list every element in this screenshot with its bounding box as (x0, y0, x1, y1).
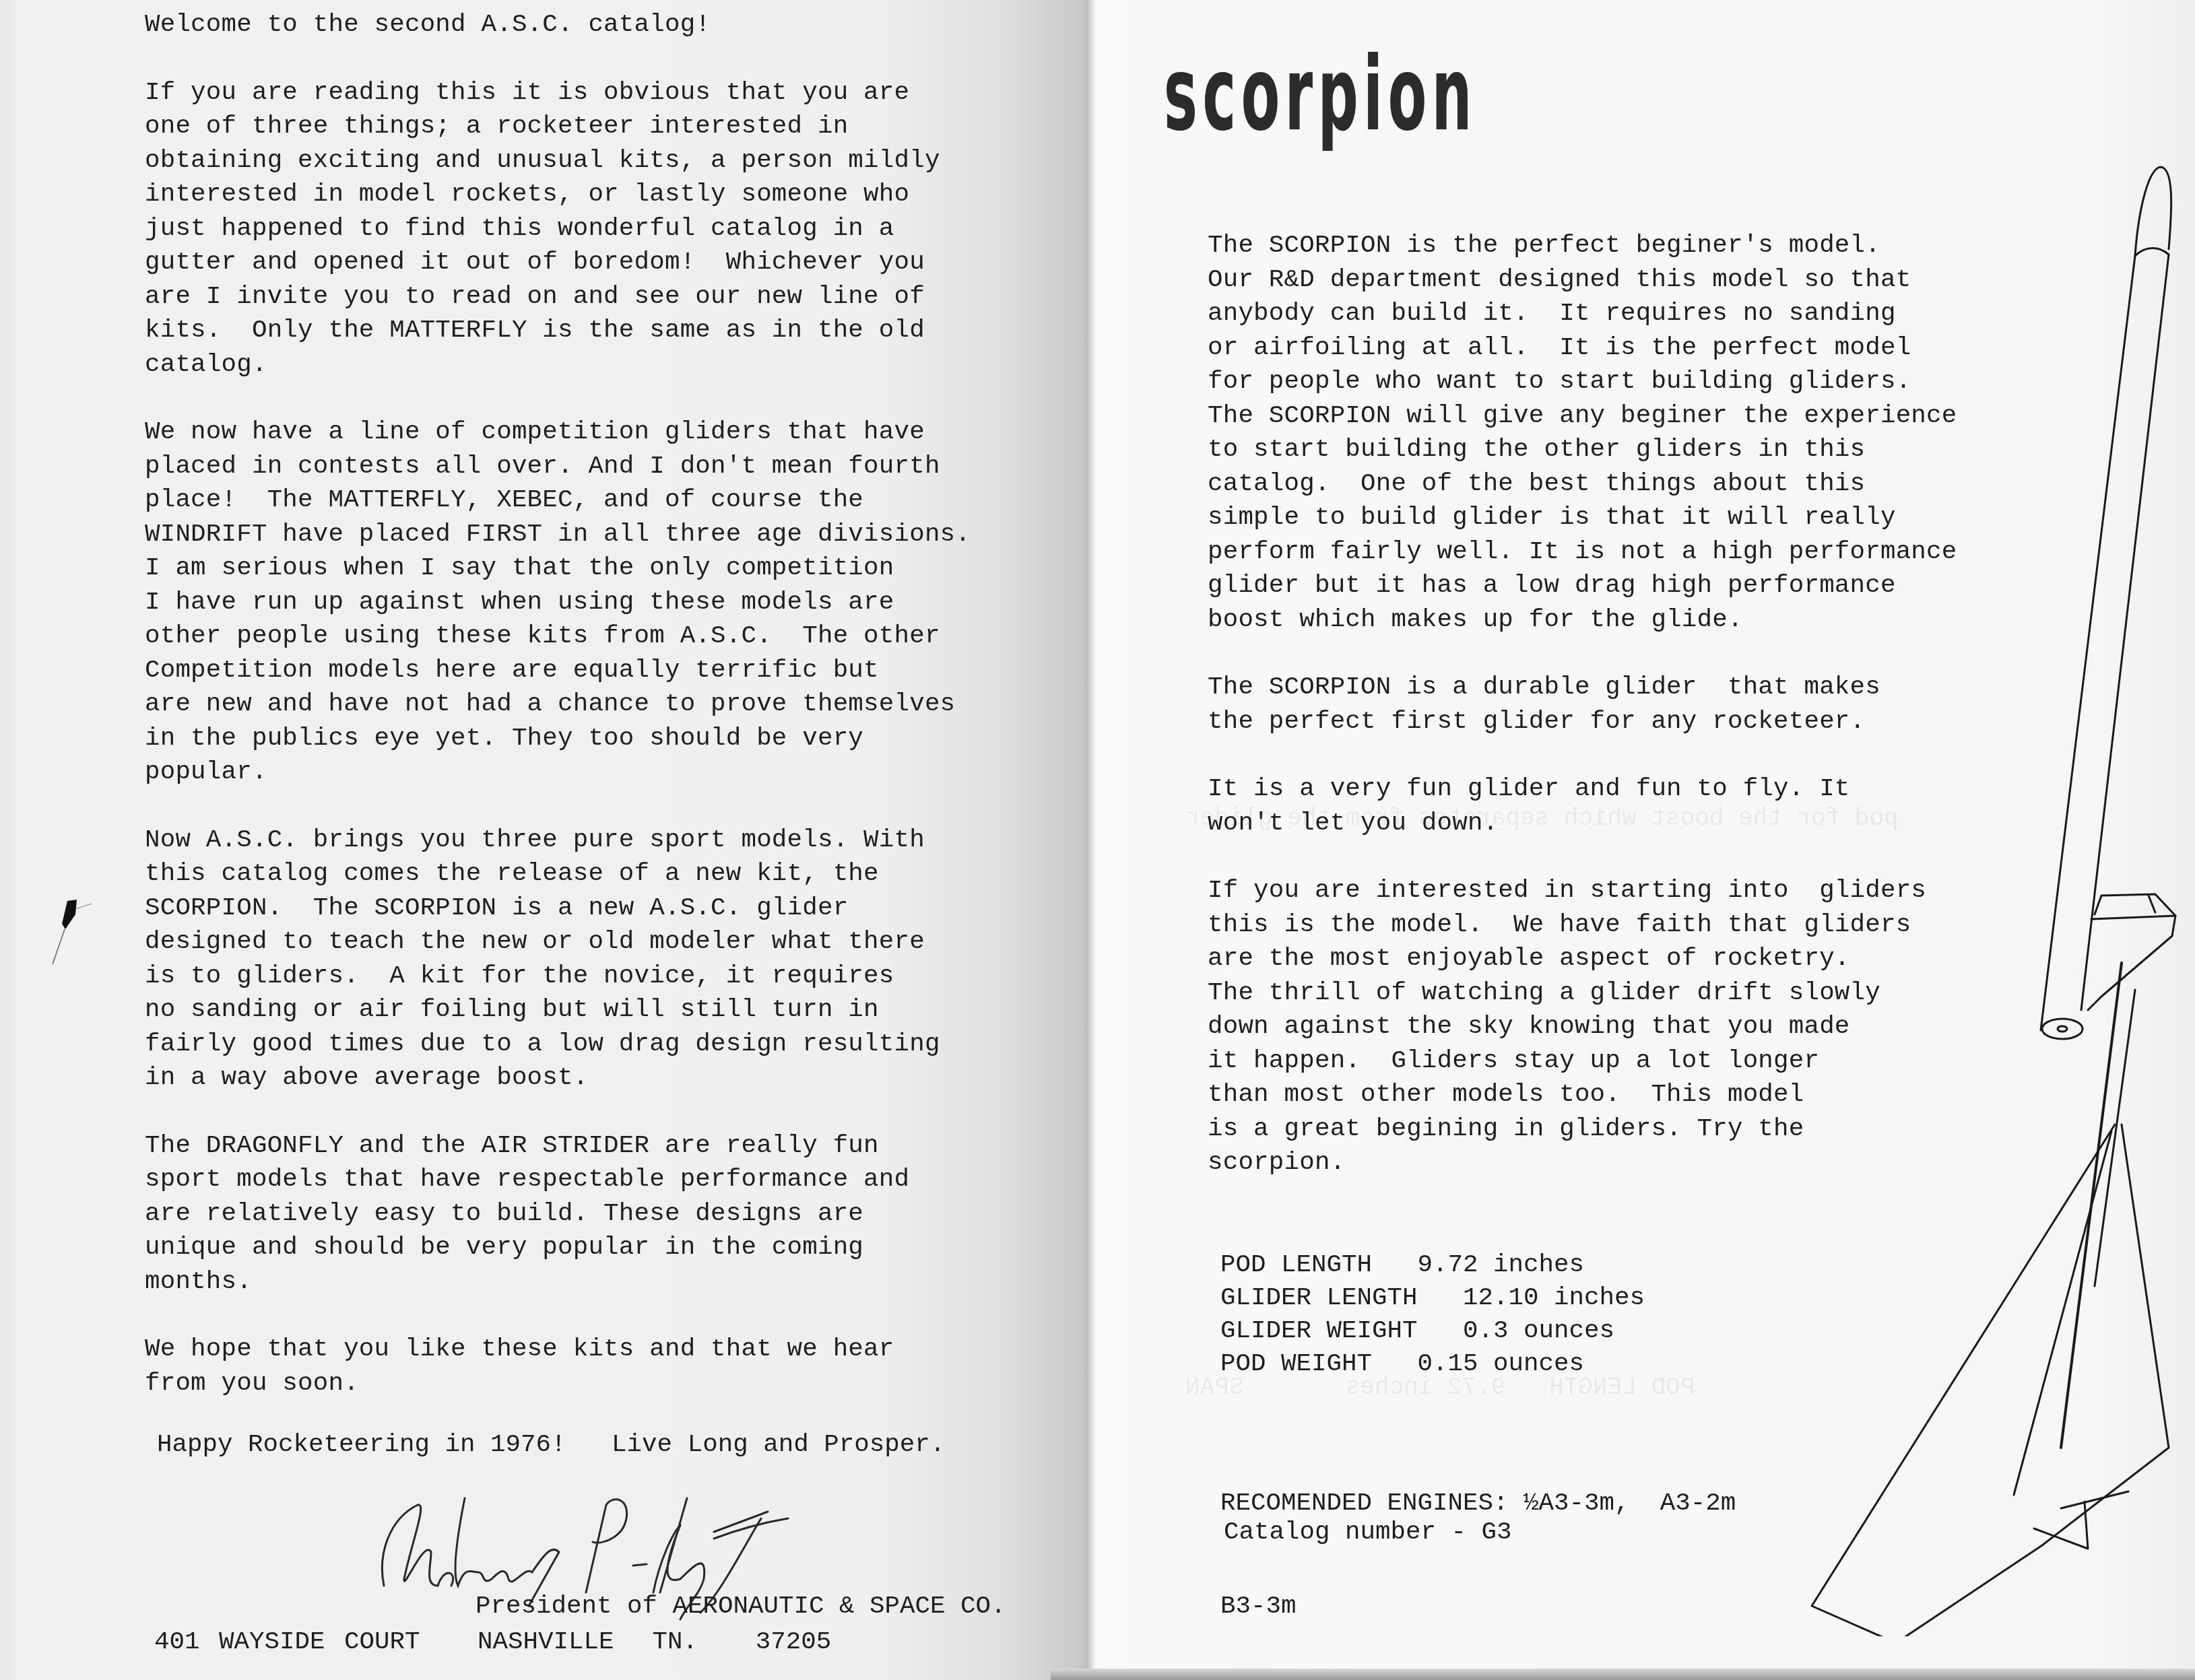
text-line: placed in contests all over. And I don't… (145, 450, 971, 484)
spec-value: 9.72 inches (1372, 1251, 1584, 1279)
spec-list: POD LENGTH 9.72 inchesGLIDER LENGTH 12.1… (1220, 1249, 1645, 1381)
text-line: no sanding or air foiling but will still… (145, 993, 971, 1028)
company-address: 401 WAYSIDE COURT NASHVILLE TN. 37205 (154, 1628, 831, 1656)
engines-value-2: B3-3m (1220, 1590, 1736, 1624)
text-line: I am serious when I say that the only co… (145, 551, 971, 586)
text-line: are new and have not had a chance to pro… (145, 687, 971, 722)
product-title: scorpion (1164, 40, 1477, 148)
text-line: months. (145, 1265, 971, 1300)
text-line: gutter and opened it out of boredom! Whi… (145, 246, 971, 280)
text-line: Now A.S.C. brings you three pure sport m… (145, 824, 971, 858)
text-line: WINDRIFT have placed FIRST in all three … (145, 518, 971, 552)
ink-smudge-icon (35, 875, 102, 970)
spec-label: GLIDER WEIGHT (1220, 1317, 1418, 1345)
letter-paragraph: The DRAGONFLY and the AIR STRIDER are re… (145, 1129, 971, 1300)
spec-row: GLIDER LENGTH 12.10 inches (1220, 1282, 1645, 1315)
spec-value: 0.3 ounces (1418, 1317, 1615, 1345)
text-line: in the publics eye yet. They too should … (145, 722, 971, 756)
catalog-number: Catalog number - G3 (1224, 1518, 1512, 1547)
text-line: in a way above average boost. (145, 1061, 971, 1096)
spec-value: 0.15 ounces (1372, 1350, 1584, 1378)
text-line: obtaining exciting and unusual kits, a p… (145, 144, 971, 178)
text-line: place! The MATTERFLY, XEBEC, and of cour… (145, 483, 971, 518)
text-line: We now have a line of competition glider… (145, 415, 971, 450)
text-line: The DRAGONFLY and the AIR STRIDER are re… (145, 1129, 971, 1164)
text-line: this catalog comes the release of a new … (145, 857, 971, 892)
text-line: just happened to find this wonderful cat… (145, 212, 971, 246)
spec-row: POD WEIGHT 0.15 ounces (1220, 1348, 1645, 1381)
text-line: are I invite you to read on and see our … (145, 280, 971, 314)
text-line: SCORPION. The SCORPION is a new A.S.C. g… (145, 892, 971, 926)
text-line: one of three things; a rocketeer interes… (145, 110, 971, 144)
text-line: Welcome to the second A.S.C. catalog! (145, 8, 971, 42)
text-line: designed to teach the new or old modeler… (145, 925, 971, 960)
text-line: popular. (145, 755, 971, 790)
text-line: sport models that have respectable perfo… (145, 1163, 971, 1197)
letter-paragraph: We now have a line of competition glider… (145, 415, 971, 790)
text-line: from you soon. (145, 1367, 971, 1401)
letter-paragraph: If you are reading this it is obvious th… (145, 76, 971, 382)
text-line: kits. Only the MATTERFLY is the same as … (145, 314, 971, 348)
letter-paragraph: Now A.S.C. brings you three pure sport m… (145, 824, 971, 1096)
page-bottom-edge (1051, 1669, 2195, 1680)
letter-paragraph: Welcome to the second A.S.C. catalog! (145, 8, 971, 42)
letter-paragraph: We hope that you like these kits and tha… (145, 1333, 971, 1401)
spec-row: GLIDER WEIGHT 0.3 ounces (1220, 1315, 1645, 1348)
text-line: If you are reading this it is obvious th… (145, 76, 971, 110)
spec-label: GLIDER LENGTH (1220, 1284, 1418, 1312)
text-line: other people using these kits from A.S.C… (145, 619, 971, 654)
engines-value: ½A3-3m, A3-2m (1524, 1489, 1736, 1518)
spec-row: POD LENGTH 9.72 inches (1220, 1249, 1645, 1282)
welcome-letter: Welcome to the second A.S.C. catalog!If … (145, 8, 971, 1434)
page-gutter (1086, 0, 1095, 1680)
spec-label: POD LENGTH (1220, 1251, 1372, 1279)
text-line: unique and should be very popular in the… (145, 1231, 971, 1265)
engines-label: RECOMENDED ENGINES: (1220, 1489, 1509, 1518)
text-line: I have run up against when using these m… (145, 586, 971, 620)
text-line: fairly good times due to a low drag desi… (145, 1028, 971, 1062)
text-line: is to gliders. A kit for the novice, it … (145, 960, 971, 994)
closing-line: Happy Rocketeering in 1976! Live Long an… (157, 1431, 945, 1459)
spec-value: 12.10 inches (1418, 1284, 1645, 1312)
text-line: interested in model rockets, or lastly s… (145, 178, 971, 212)
text-line: We hope that you like these kits and tha… (145, 1333, 971, 1367)
text-line: are relatively easy to build. These desi… (145, 1197, 971, 1232)
text-line: catalog. (145, 348, 971, 382)
signature-title: President of AERONAUTIC & SPACE CO. (476, 1592, 1006, 1621)
spec-label: POD WEIGHT (1220, 1350, 1372, 1378)
scorpion-glider-illustration (1738, 155, 2195, 1636)
text-line: Competition models here are equally terr… (145, 654, 971, 688)
